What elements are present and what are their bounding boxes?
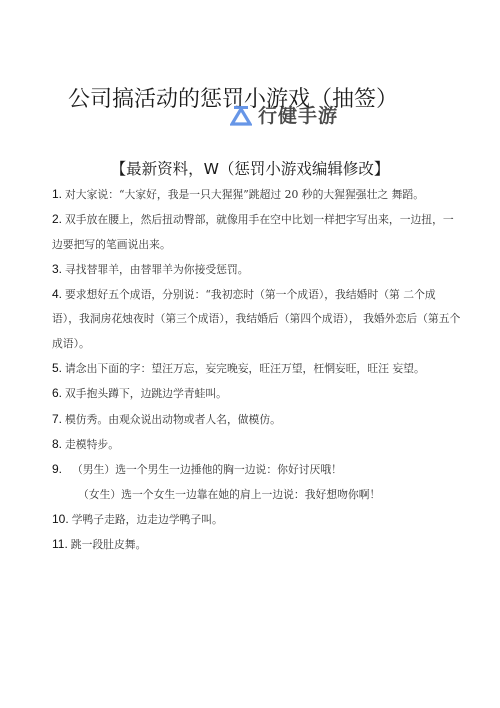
item-number: 6.	[52, 386, 62, 400]
item-text: 跳一段肚皮舞。	[71, 538, 147, 551]
item-text: （男生）选一个男生一边捶他的胸一边说：你好讨厌哦！	[72, 463, 342, 476]
item-text: 请念出下面的字：望汪万忘，妄完晚妄，旺汪万望，枉惘妄旺，旺汪 妄望。	[65, 362, 425, 375]
list-item-continuation: （女生）选一个女生一边靠在她的肩上一边说：我好想吻你啊！	[52, 483, 462, 507]
list-item: 1.对大家说：“大家好，我是一只大猩猩”跳超过 20 秒的大猩猩强壮之 舞蹈。	[52, 182, 462, 207]
item-text: 寻找替罪羊，由替罪羊为你接受惩罚。	[65, 263, 249, 276]
item-text: 模仿秀。由观众说出动物或者人名，做模仿。	[65, 413, 281, 426]
document-body: 1.对大家说：“大家好，我是一只大猩猩”跳超过 20 秒的大猩猩强壮之 舞蹈。 …	[52, 182, 462, 557]
item-text: 走模特步。	[65, 438, 119, 451]
list-item: 8.走模特步。	[52, 432, 462, 457]
list-item: 9.（男生）选一个男生一边捶他的胸一边说：你好讨厌哦！	[52, 457, 462, 482]
list-item: 4.要求想好五个成语，分别说：“我初恋时（第一个成语），我结婚时（第 二个成语）…	[52, 282, 462, 356]
item-number: 10.	[52, 512, 69, 526]
item-number: 9.	[52, 462, 62, 476]
item-text: 学鸭子走路，边走边学鸭子叫。	[72, 513, 223, 526]
item-text: 双手放在腰上，然后扭动臀部，就像用手在空中比划一样把字写出来，一边扭，一边要把写…	[52, 213, 454, 250]
watermark: 行健手游	[230, 101, 338, 128]
triangle-logo-icon	[230, 104, 252, 126]
watermark-text: 行健手游	[258, 101, 338, 128]
list-item: 3.寻找替罪羊，由替罪羊为你接受惩罚。	[52, 257, 462, 282]
list-item: 5.请念出下面的字：望汪万忘，妄完晚妄，旺汪万望，枉惘妄旺，旺汪 妄望。	[52, 356, 462, 381]
list-item: 2.双手放在腰上，然后扭动臀部，就像用手在空中比划一样把字写出来，一边扭，一边要…	[52, 207, 462, 257]
item-number: 4.	[52, 287, 62, 301]
item-number: 11.	[52, 537, 68, 551]
item-number: 8.	[52, 437, 62, 451]
item-number: 2.	[52, 212, 62, 226]
item-number: 3.	[52, 262, 62, 276]
item-number: 5.	[52, 361, 62, 375]
list-item: 11.跳一段肚皮舞。	[52, 532, 462, 557]
list-item: 10.学鸭子走路，边走边学鸭子叫。	[52, 507, 462, 532]
item-text: （女生）选一个女生一边靠在她的肩上一边说：我好想吻你啊！	[78, 488, 380, 501]
list-item: 6.双手抱头蹲下，边跳边学青蛙叫。	[52, 381, 462, 406]
item-number: 7.	[52, 412, 62, 426]
document-subtitle: 【最新资料，W（惩罚小游戏编辑修改】	[0, 157, 500, 179]
item-text: 对大家说：“大家好，我是一只大猩猩”跳超过 20 秒的大猩猩强壮之 舞蹈。	[65, 188, 424, 201]
item-text: 要求想好五个成语，分别说：“我初恋时（第一个成语），我结婚时（第 二个成语），我…	[52, 288, 460, 350]
item-text: 双手抱头蹲下，边跳边学青蛙叫。	[65, 387, 227, 400]
list-item: 7.模仿秀。由观众说出动物或者人名，做模仿。	[52, 407, 462, 432]
item-number: 1.	[52, 187, 62, 201]
